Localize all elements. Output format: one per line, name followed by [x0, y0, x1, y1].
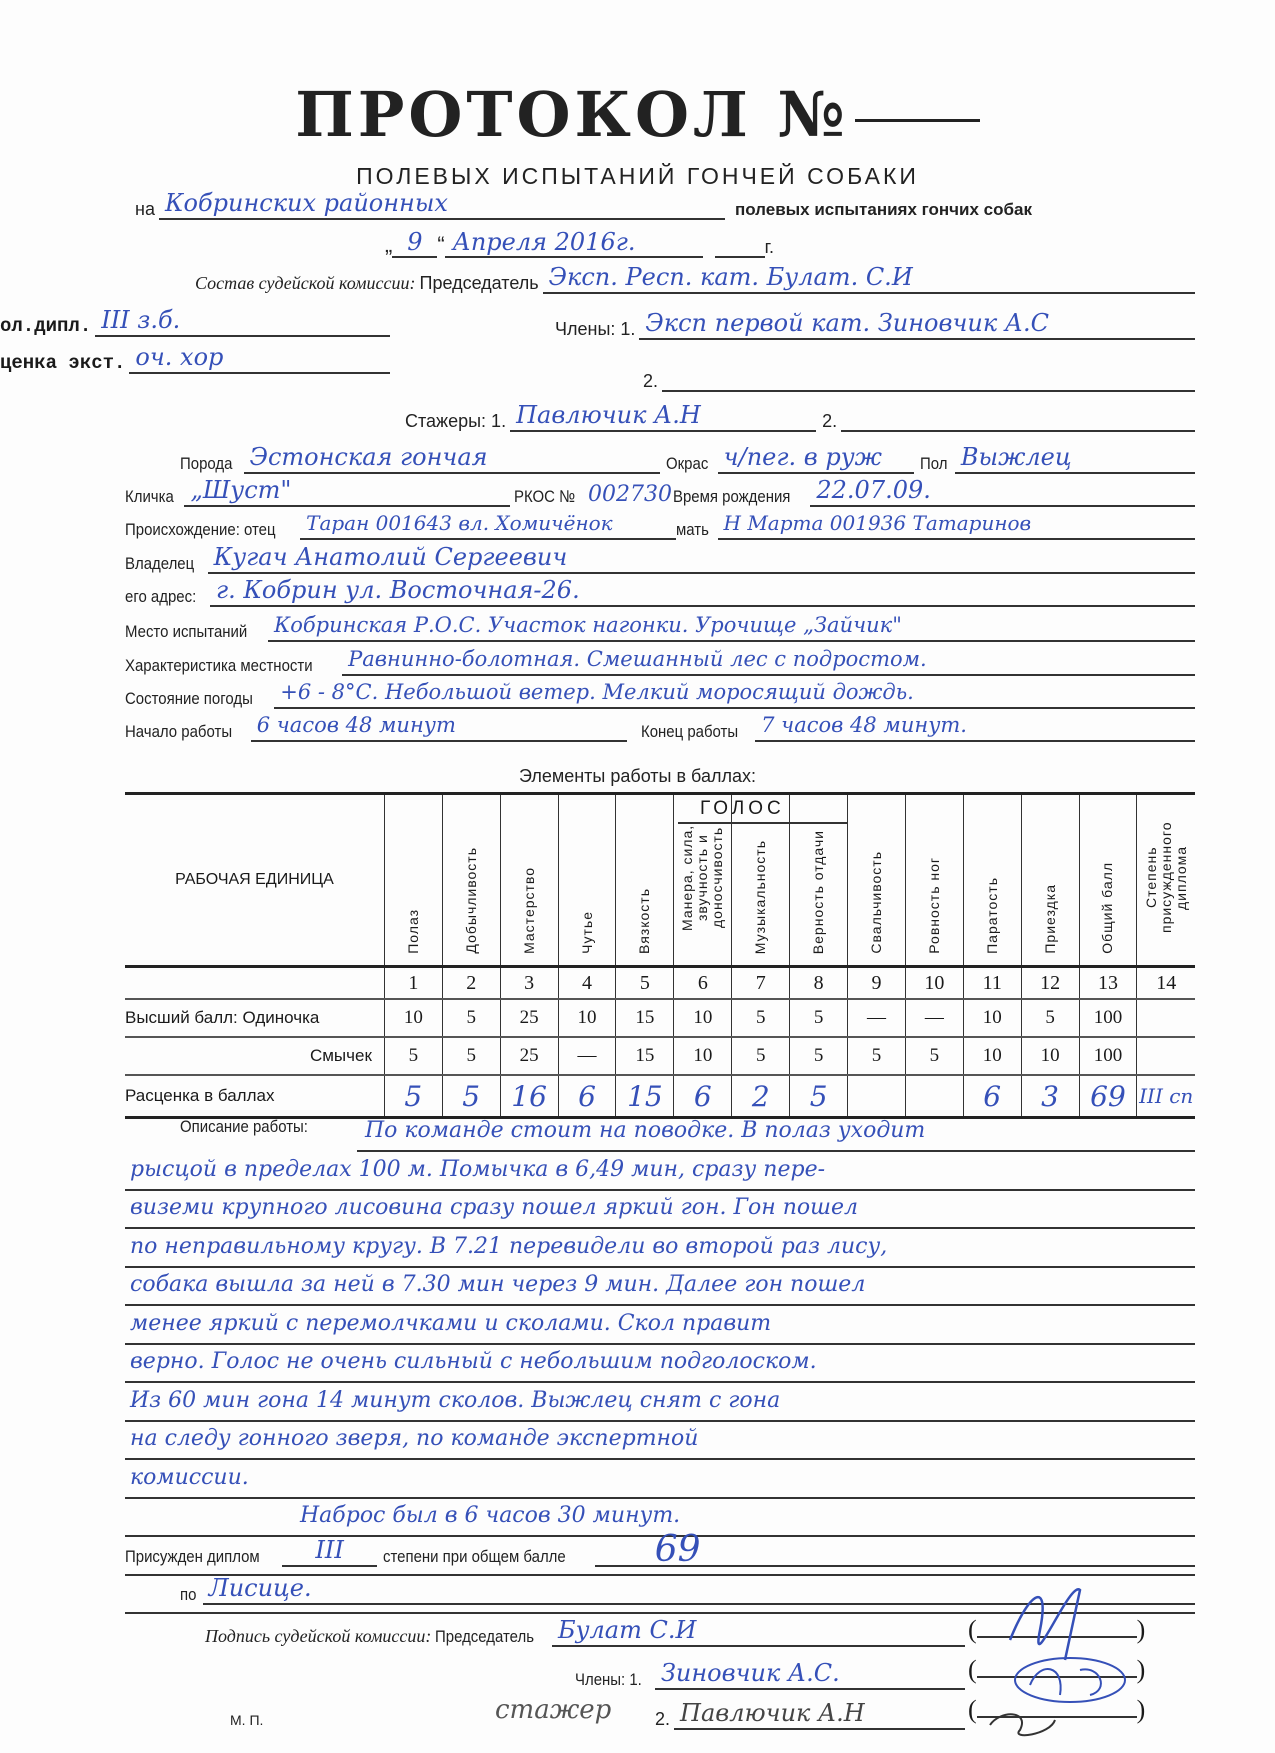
description-line: собака вышла за ней в 7.30 мин через 9 м…	[130, 1272, 865, 1297]
trainee1: Павлючик А.Н	[510, 400, 816, 432]
terrain-row: Характеристика местности Равнинно-болотн…	[125, 644, 1195, 676]
max-pair-cell: —	[558, 1037, 616, 1075]
description-line: Из 60 мин гона 14 минут сколов. Выжлец с…	[130, 1388, 780, 1413]
date-field: „ 9 “ Апреля 2016г. г.	[385, 228, 774, 258]
column-number-cell: 12	[1021, 967, 1079, 1000]
result-cell: 2	[732, 1075, 790, 1118]
column-number-cell: 5	[616, 967, 674, 1000]
max-pair-cell: 15	[616, 1037, 674, 1075]
column-number-cell: 2	[442, 967, 500, 1000]
column-header-13: Общий балл	[1079, 794, 1137, 967]
award-row: Присужден диплом III степени при общем б…	[125, 1535, 1195, 1567]
column-header-3: Мастерство	[500, 794, 558, 967]
commission-member2-field: 2.	[643, 360, 1195, 392]
owner: Кугач Анатолий Сергеевич	[208, 542, 1195, 574]
result-cell: 5	[384, 1075, 442, 1118]
stamp-place-label: М. П.	[230, 1712, 263, 1728]
description-line: на следу гонного зверя, по команде экспе…	[130, 1426, 698, 1451]
commission-member1-field: Члены: 1. Эксп первой кат. Зиновчик А.С	[555, 308, 1195, 340]
column-number-row: 1234567891011121314	[125, 967, 1195, 1000]
column-number-cell: 4	[558, 967, 616, 1000]
result-cell: 16	[500, 1075, 558, 1118]
trainee-note: стажер	[495, 1695, 611, 1725]
time-row: Начало работы 6 часов 48 минут Конец раб…	[125, 710, 1195, 742]
max-single-cell: 5	[732, 999, 790, 1037]
max-single-cell	[1137, 999, 1195, 1037]
commission-chair-field: Состав судейской комиссии: Председатель …	[195, 262, 1195, 294]
address: г. Кобрин ул. Восточная-26.	[210, 575, 1195, 607]
description-line: Наброс был в 6 часов 30 минут.	[300, 1503, 680, 1528]
signature-chair-row: Подпись судейской комиссии: Председатель…	[205, 1615, 965, 1647]
result-cell: 6	[558, 1075, 616, 1118]
column-header-5: Вязкость	[616, 794, 674, 967]
max-pair-cell: 5	[905, 1037, 963, 1075]
margin-dipl-value: III з.б.	[95, 305, 390, 337]
result-cell: 15	[616, 1075, 674, 1118]
terrain: Равнинно-болотная. Смешанный лес с подро…	[342, 644, 1195, 676]
document-subtitle: ПОЛЕВЫХ ИСПЫТАНИЙ ГОНЧЕЙ СОБАКИ	[0, 163, 1275, 190]
max-single-cell: 100	[1079, 999, 1137, 1037]
max-pair-cell: 5	[848, 1037, 906, 1075]
column-header-10: Ровность ног	[905, 794, 963, 967]
description-label: Описание работы:	[180, 1117, 308, 1137]
column-number-cell: 9	[848, 967, 906, 1000]
column-header-6: Манера, сила, звучность и доносчивость	[674, 794, 732, 967]
description-line: комиссии.	[130, 1465, 249, 1490]
scores-section-title: Элементы работы в баллах:	[0, 766, 1275, 787]
birth-date: 22.07.09.	[810, 475, 1195, 507]
event-name: Кобринских районных	[159, 188, 725, 220]
end-time: 7 часов 48 минут.	[755, 710, 1195, 742]
breed-row: Порода Эстонская гончая Окрас ч/пег. в р…	[180, 442, 1195, 474]
signature-member2-row: 2. Павлючик А.Н	[655, 1698, 965, 1730]
column-number-cell: 14	[1137, 967, 1195, 1000]
max-single-cell: —	[905, 999, 963, 1037]
column-number-cell: 3	[500, 967, 558, 1000]
result-cell: 6	[674, 1075, 732, 1118]
max-pair-cell: 10	[1021, 1037, 1079, 1075]
result-cell: 3	[1021, 1075, 1079, 1118]
description-line: рысцой в пределах 100 м. Помычка в 6,49 …	[130, 1157, 825, 1182]
owner-row: Владелец Кугач Анатолий Сергеевич	[125, 542, 1195, 574]
description-line: По команде стоит на поводке. В полаз ухо…	[365, 1118, 925, 1143]
dog-name: „Шуст"	[184, 475, 510, 507]
result-cell: 5	[442, 1075, 500, 1118]
max-pair-cell: 10	[674, 1037, 732, 1075]
column-number-cell: 13	[1079, 967, 1137, 1000]
max-pair-cell: 5	[732, 1037, 790, 1075]
rkos-number: 002730	[588, 482, 673, 507]
table-header-row: РАБОЧАЯ ЕДИНИЦА ПолазДобычливостьМастерс…	[125, 794, 1195, 967]
signature-chair-name: Булат С.И	[552, 1615, 965, 1647]
color-value: ч/пег. в руж	[718, 442, 914, 474]
commission-member1: Эксп первой кат. Зиновчик А.С	[639, 308, 1195, 340]
column-header-4: Чутье	[558, 794, 616, 967]
weather-row: Состояние погоды +6 - 8°С. Небольшой вет…	[125, 677, 1195, 709]
max-pair-row: Смычек 5525—151055551010100	[125, 1037, 1195, 1075]
description-rule	[125, 1462, 1195, 1499]
column-header-2: Добычливость	[442, 794, 500, 967]
trial-place: Кобринская Р.О.С. Участок нагонки. Урочи…	[268, 610, 1195, 642]
signature-member1-name: Зиновчик А.С.	[655, 1658, 965, 1690]
diploma-degree: III	[282, 1535, 377, 1567]
max-single-cell: —	[848, 999, 906, 1037]
max-pair-cell: 10	[963, 1037, 1021, 1075]
column-number-cell: 1	[384, 967, 442, 1000]
column-header-14: Степень присужденного диплома	[1137, 794, 1195, 967]
margin-grade-field: ценка экст. оч. хор	[0, 342, 390, 374]
score-table: РАБОЧАЯ ЕДИНИЦА ПолазДобычливостьМастерс…	[125, 792, 1195, 1119]
result-cell: 5	[790, 1075, 848, 1118]
weather: +6 - 8°С. Небольшой ветер. Мелкий морося…	[274, 677, 1195, 709]
breed-value: Эстонская гончая	[244, 442, 660, 474]
result-cell: 6	[963, 1075, 1021, 1118]
trainees-field: Стажеры: 1. Павлючик А.Н 2.	[405, 400, 1195, 432]
address-row: его адрес: г. Кобрин ул. Восточная-26.	[125, 575, 1195, 607]
max-pair-cell: 5	[384, 1037, 442, 1075]
column-number-cell: 11	[963, 967, 1021, 1000]
description-line: по неправильному кругу. В 7.21 перевидел…	[130, 1234, 887, 1259]
max-single-cell: 5	[790, 999, 848, 1037]
handwritten-signatures	[970, 1570, 1170, 1750]
max-single-cell: 10	[384, 999, 442, 1037]
sex-value: Выжлец	[955, 442, 1195, 474]
max-single-cell: 10	[558, 999, 616, 1037]
max-pair-cell	[1137, 1037, 1195, 1075]
column-header-11: Паратость	[963, 794, 1021, 967]
column-number-cell: 10	[905, 967, 963, 1000]
trainee2	[841, 400, 1195, 432]
result-cell: III сп	[1137, 1075, 1195, 1118]
column-header-9: Свальчивость	[848, 794, 906, 967]
max-single-cell: 5	[1021, 999, 1079, 1037]
description-line: верно. Голос не очень сильный с небольши…	[130, 1349, 817, 1374]
result-cell	[848, 1075, 906, 1118]
date-month-year: Апреля 2016г.	[445, 228, 703, 258]
signature-member1-row: Члены: 1. Зиновчик А.С.	[575, 1658, 965, 1690]
date-day: 9	[392, 228, 437, 258]
start-time: 6 часов 48 минут	[251, 710, 627, 742]
max-pair-cell: 5	[790, 1037, 848, 1075]
column-number-cell: 6	[674, 967, 732, 1000]
column-header-1: Полаз	[384, 794, 442, 967]
column-number-cell: 7	[732, 967, 790, 1000]
column-header-12: Приездка	[1021, 794, 1079, 967]
father: Таран 001643 вл. Хомичёнок	[300, 508, 676, 540]
document-title: ПРОТОКОЛ №	[0, 78, 1275, 151]
place-row: Место испытаний Кобринская Р.О.С. Участо…	[125, 610, 1195, 642]
column-header-8: Верность отдачи	[790, 794, 848, 967]
protocol-number-blank	[855, 119, 980, 122]
result-cell	[905, 1075, 963, 1118]
max-pair-cell: 100	[1079, 1037, 1137, 1075]
result-row: Расценка в баллах 55166156256369III сп	[125, 1075, 1195, 1118]
description-line: виземи крупного лисовина сразу пошел ярк…	[130, 1195, 858, 1220]
max-pair-cell: 25	[500, 1037, 558, 1075]
total-score: 69	[595, 1535, 1195, 1567]
margin-dipl-field: ол.дипл. III з.б.	[0, 305, 390, 337]
commission-member2	[662, 360, 1195, 392]
description-line: менее яркий с перемолчками и сколами. Ск…	[130, 1311, 771, 1336]
max-single-cell: 5	[442, 999, 500, 1037]
signature-member2-name: Павлючик А.Н	[674, 1698, 965, 1730]
column-number-cell: 8	[790, 967, 848, 1000]
max-single-cell: 10	[963, 999, 1021, 1037]
unit-header: РАБОЧАЯ ЕДИНИЦА	[125, 794, 384, 967]
event-field: на Кобринских районных полевых испытания…	[135, 188, 1195, 220]
max-single-cell: 10	[674, 999, 732, 1037]
margin-grade-value: оч. хор	[129, 342, 390, 374]
max-pair-cell: 5	[442, 1037, 500, 1075]
column-header-7: Музыкальность	[732, 794, 790, 967]
origin-row: Происхождение: отец Таран 001643 вл. Хом…	[125, 508, 1195, 540]
result-cell: 69	[1079, 1075, 1137, 1118]
name-row: Кличка „Шуст" РКОС № 002730 Время рожден…	[125, 475, 1195, 507]
max-single-cell: 25	[500, 999, 558, 1037]
max-single-cell: 15	[616, 999, 674, 1037]
max-single-row: Высший балл: Одиночка 1052510151055——105…	[125, 999, 1195, 1037]
commission-chair: Эксп. Респ. кат. Булат. С.И	[543, 262, 1195, 294]
mother: Н Марта 001936 Татаринов	[718, 508, 1195, 540]
